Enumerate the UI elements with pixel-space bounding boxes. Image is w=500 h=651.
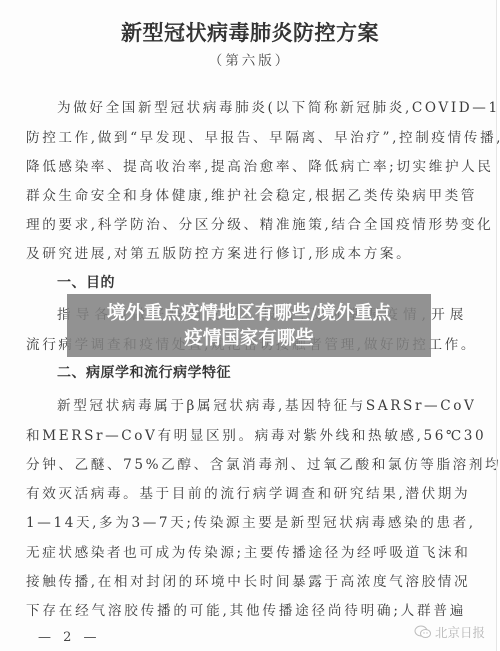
section-heading: 二、病原学和流行病学特征 bbox=[57, 362, 231, 382]
text-line: 及研究进展,对第五版防控方案进行修订,形成本方案。 bbox=[26, 242, 466, 262]
headline-line-2: 疫情国家有哪些 bbox=[184, 326, 314, 351]
text-line: 和MERSr—CoV有明显区别。病毒对紫外线和热敏感,56℃30 bbox=[26, 424, 466, 444]
document-title: 新型冠状病毒肺炎防控方案 bbox=[0, 17, 500, 47]
text-line: 接触传播,在相对封闭的环境中长时间暴露于高浓度气溶胶情况 bbox=[26, 570, 466, 590]
text-line: 为做好全国新型冠状病毒肺炎(以下简称新冠肺炎,COVID—19) bbox=[57, 96, 466, 116]
watermark-label: 北京日报 bbox=[435, 623, 485, 641]
text-line: 群众生命安全和身体健康,维护社会稳定,根据乙类传染病甲类管 bbox=[26, 184, 466, 204]
document-subtitle: （第六版） bbox=[0, 49, 500, 69]
section-heading: 一、目的 bbox=[57, 272, 115, 292]
page-edge-divider bbox=[496, 0, 497, 651]
text-line: 有效灭活病毒。基于目前的流行病学调查和研究结果,潜伏期为 bbox=[26, 482, 466, 502]
text-line: 下存在经气溶胶传播的可能,其他传播途径尚待明确;人群普遍 bbox=[26, 599, 466, 619]
headline-overlay: 境外重点疫情地区有哪些/境外重点 疫情国家有哪些 bbox=[67, 294, 431, 357]
source-watermark: 北京日报 bbox=[414, 623, 485, 641]
text-line: 分钟、乙醚、75%乙醇、含氯消毒剂、过氧乙酸和氯仿等脂溶剂均可 bbox=[26, 453, 466, 473]
text-line: 1—14天,多为3—7天;传染源主要是新型冠状病毒感染的患者, bbox=[26, 511, 466, 531]
page-number: — 2 — bbox=[38, 630, 101, 645]
headline-line-1: 境外重点疫情地区有哪些/境外重点 bbox=[107, 301, 391, 326]
text-line: 无症状感染者也可成为传染源;主要传播途径为经呼吸道飞沫和 bbox=[26, 541, 466, 561]
text-line: 新型冠状病毒属于β属冠状病毒,基因特征与SARSr—CoV bbox=[57, 394, 466, 414]
text-line: 降低感染率、提高收治率,提高治愈率、降低病亡率;切实维护人民 bbox=[26, 155, 466, 175]
text-line: 防控工作,做到“早发现、早报告、早隔离、早治疗”,控制疫情传播, bbox=[26, 126, 466, 146]
wechat-icon bbox=[414, 625, 432, 639]
text-line: 理的要求,科学防治、分区分级、精准施策,结合全国疫情形势变化 bbox=[26, 213, 466, 233]
